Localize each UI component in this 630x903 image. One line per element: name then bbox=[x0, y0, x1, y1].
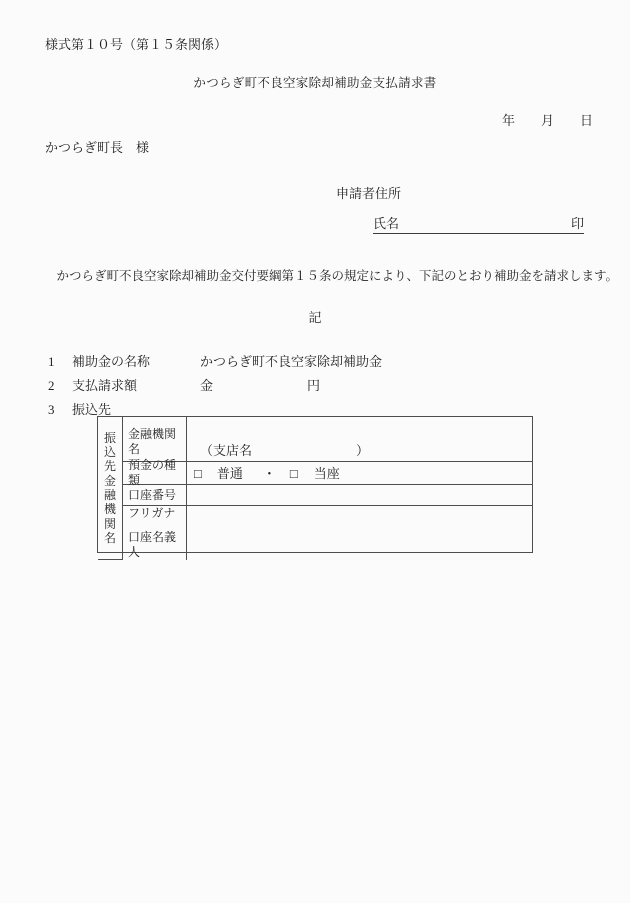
item-requested-amount: 2 支払請求額 金 円 bbox=[0, 378, 630, 394]
name-signature-line: 氏名 印 bbox=[373, 216, 584, 234]
applicant-address-label: 申請者住所 bbox=[336, 186, 401, 201]
account-number-value-cell bbox=[187, 485, 532, 506]
deposit-type-separator: ・ bbox=[263, 466, 276, 481]
table-side-header-cell: 振込先金融機関名 bbox=[98, 417, 123, 560]
item-label: 振込先 bbox=[72, 402, 111, 417]
bank-name-value-cell: （支店名 ） bbox=[187, 417, 532, 462]
item-value: かつらぎ町不良空家除却補助金 bbox=[200, 354, 382, 369]
item-label: 支払請求額 bbox=[72, 378, 137, 393]
account-holder-value-cell bbox=[187, 506, 532, 560]
item-label: 補助金の名称 bbox=[72, 354, 150, 369]
amount-suffix: 円 bbox=[307, 378, 320, 393]
addressee-line: かつらぎ町長 様 bbox=[45, 140, 149, 155]
amount-prefix: 金 bbox=[200, 378, 213, 393]
furigana-label: フリガナ bbox=[128, 506, 186, 521]
bank-transfer-table: 振込先金融機関名 金融機関名 （支店名 ） 預金の種類 □ 普通 ・ □ 当座 … bbox=[97, 416, 533, 553]
checkbox-current-icon: □ bbox=[290, 466, 298, 481]
item-number: 3 bbox=[48, 402, 55, 417]
branch-name-line: （支店名 ） bbox=[200, 443, 532, 458]
bank-name-label-cell: 金融機関名 bbox=[123, 417, 187, 462]
deposit-type-label-cell: 預金の種類 bbox=[123, 462, 187, 485]
payment-request-form-page: 様式第１０号（第１５条関係） かつらぎ町不良空家除却補助金支払請求書 年 月 日… bbox=[0, 0, 630, 903]
table-side-header: 振込先金融機関名 bbox=[103, 431, 118, 545]
account-holder-label-cell: フリガナ 口座名義人 bbox=[123, 506, 187, 560]
seal-label: 印 bbox=[571, 216, 584, 231]
item-number: 1 bbox=[48, 354, 55, 369]
account-number-label: 口座番号 bbox=[128, 488, 176, 503]
name-label: 氏名 bbox=[373, 216, 399, 231]
current-deposit-label: 当座 bbox=[314, 466, 340, 481]
deposit-type-value-cell: □ 普通 ・ □ 当座 bbox=[187, 462, 532, 485]
item-number: 2 bbox=[48, 378, 55, 393]
date-line: 年 月 日 bbox=[502, 113, 593, 128]
item-subsidy-name: 1 補助金の名称 かつらぎ町不良空家除却補助金 bbox=[0, 354, 630, 370]
checkbox-ordinary-icon: □ bbox=[194, 466, 202, 481]
deposit-type-label: 預金の種類 bbox=[128, 458, 186, 488]
document-title: かつらぎ町不良空家除却補助金支払請求書 bbox=[0, 76, 630, 91]
ordinary-deposit-label: 普通 bbox=[217, 466, 243, 481]
record-heading: 記 bbox=[0, 310, 630, 325]
form-number: 様式第１０号（第１５条関係） bbox=[45, 37, 227, 52]
body-paragraph: かつらぎ町不良空家除却補助金交付要綱第１５条の規定により、下記のとおり補助金を請… bbox=[44, 269, 618, 284]
bank-name-label: 金融機関名 bbox=[128, 427, 186, 457]
account-holder-label: 口座名義人 bbox=[128, 530, 186, 560]
account-number-label-cell: 口座番号 bbox=[123, 485, 187, 506]
